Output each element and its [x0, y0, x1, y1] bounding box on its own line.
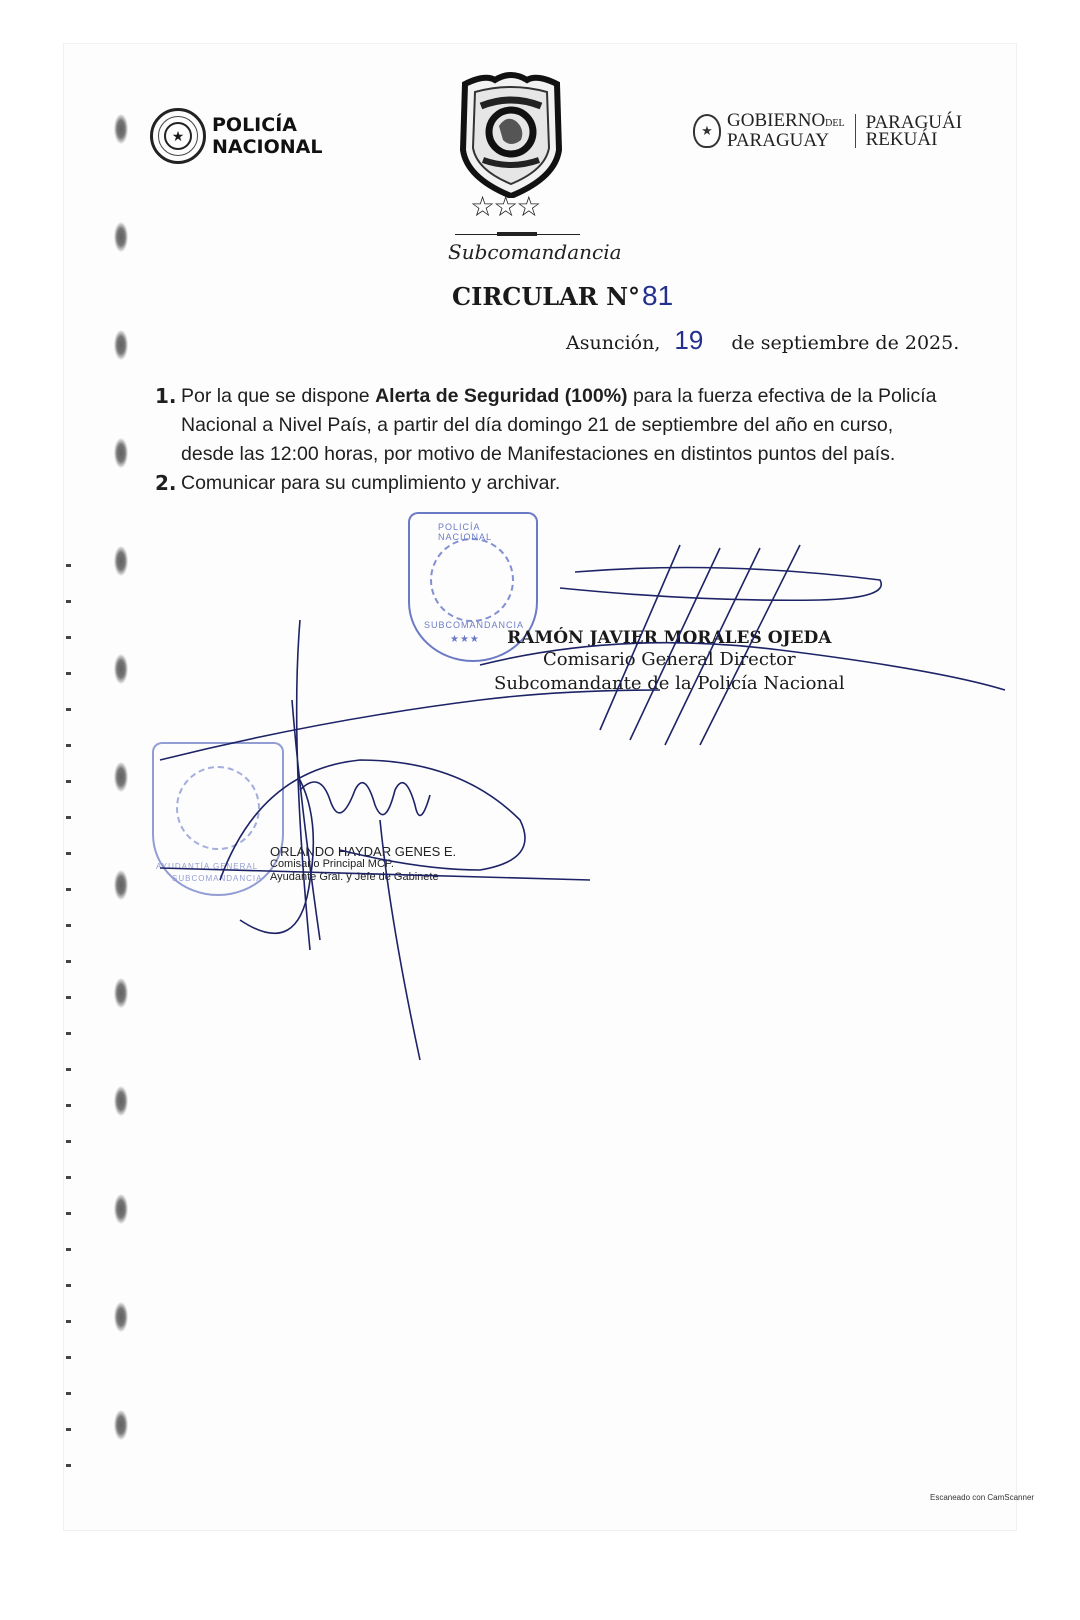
perforation-dash: [66, 888, 71, 891]
perforation-dash: [66, 1392, 71, 1395]
stamp-text-bottom1: AYUDANTÍA GENERAL: [156, 862, 258, 871]
perforation-dash: [66, 1212, 71, 1215]
list-item: 1. Por la que se dispone Alerta de Segur…: [155, 382, 945, 469]
perforation-dash: [66, 672, 71, 675]
perforation-hole: [114, 438, 128, 468]
perforation-dash: [66, 1068, 71, 1071]
perforation-dash: [66, 744, 71, 747]
signatory-role2: Subcomandante de la Policía Nacional: [494, 672, 845, 696]
perforation-dash: [66, 924, 71, 927]
perforation-dash: [66, 1104, 71, 1107]
perforation-hole: [114, 1302, 128, 1332]
date-suffix: de septiembre de 2025.: [731, 332, 959, 354]
document-title: CIRCULAR N°81: [452, 280, 673, 312]
perforation-dash: [66, 708, 71, 711]
gov-line2: PARAGUAY: [727, 132, 845, 149]
perforation-dash: [66, 1428, 71, 1431]
perforation-hole: [114, 222, 128, 252]
signatory-name: RAMÓN JAVIER MORALES OJEDA: [494, 628, 845, 648]
divider: [455, 234, 580, 235]
perforation-hole: [114, 978, 128, 1008]
perforation-dash: [66, 1356, 71, 1359]
binder-perforation-marks: [64, 44, 144, 1530]
signatory-role1: Comisario General Director: [494, 648, 845, 672]
perforation-dash: [66, 996, 71, 999]
logo-separator: [855, 114, 856, 148]
signature-block-primary: RAMÓN JAVIER MORALES OJEDA Comisario Gen…: [494, 628, 845, 696]
signature-block-secondary: ORLANDO HAYDAR GENES E. Comisario Princi…: [270, 845, 456, 884]
signatory-name: ORLANDO HAYDAR GENES E.: [270, 845, 456, 858]
scanner-watermark: Escaneado con CamScanner: [930, 1493, 1034, 1502]
rank-stars: ☆☆☆: [470, 190, 539, 223]
motto-line2: REKUÁI: [866, 131, 962, 148]
perforation-dash: [66, 1176, 71, 1179]
perforation-hole: [114, 762, 128, 792]
perforation-hole: [114, 546, 128, 576]
gov-del: DEL: [825, 118, 844, 129]
circular-number: 81: [642, 280, 673, 311]
perforation-dash: [66, 960, 71, 963]
perforation-dash: [66, 564, 71, 567]
date-line: Asunción,19de septiembre de 2025.: [566, 325, 959, 356]
perforation-dash: [66, 1320, 71, 1323]
policia-nacional-logo: ★ POLICÍA NACIONAL: [150, 108, 322, 164]
official-stamp-ayudantia: AYUDANTÍA GENERAL SUBCOMANDANCIA: [152, 742, 284, 896]
stamp-stars: ★★★: [450, 634, 480, 645]
date-prefix: Asunción,: [566, 332, 660, 354]
perforation-hole: [114, 330, 128, 360]
police-crest-icon: [455, 70, 567, 198]
item-text-before: Por la que se dispone: [181, 385, 375, 407]
perforation-hole: [114, 654, 128, 684]
item-text: Comunicar para su cumplimiento y archiva…: [181, 472, 560, 494]
item-number: 2.: [155, 469, 177, 498]
list-item: 2. Comunicar para su cumplimiento y arch…: [155, 469, 945, 498]
title-text: CIRCULAR N°: [452, 282, 640, 311]
perforation-dash: [66, 1032, 71, 1035]
national-seal-icon: ★: [150, 108, 206, 164]
item-number: 1.: [155, 382, 177, 411]
gobierno-paraguay-logo: ★ GOBIERNODEL PARAGUAY PARAGUÁI REKUÁI: [693, 112, 962, 149]
perforation-dash: [66, 1140, 71, 1143]
perforation-dash: [66, 1248, 71, 1251]
motto-line1: PARAGUÁI: [866, 114, 962, 131]
signatory-role1: Comisario Principal MCP.: [270, 858, 456, 871]
stamp-text-bottom2: SUBCOMANDANCIA: [172, 874, 262, 883]
logo-text-line2: NACIONAL: [212, 136, 322, 158]
perforation-dash: [66, 1464, 71, 1467]
perforation-hole: [114, 114, 128, 144]
perforation-dash: [66, 600, 71, 603]
perforation-dash: [66, 1284, 71, 1287]
perforation-dash: [66, 780, 71, 783]
perforation-hole: [114, 1194, 128, 1224]
logo-text-line1: POLICÍA: [212, 114, 322, 136]
perforation-hole: [114, 1086, 128, 1116]
item-text-bold: Alerta de Seguridad (100%): [375, 385, 628, 407]
subcomandancia-label: Subcomandancia: [448, 240, 622, 264]
perforation-hole: [114, 1410, 128, 1440]
perforation-dash: [66, 852, 71, 855]
perforation-dash: [66, 816, 71, 819]
date-day: 19: [674, 325, 703, 355]
perforation-hole: [114, 870, 128, 900]
government-seal-icon: ★: [693, 114, 721, 148]
gov-line1: GOBIERNO: [727, 110, 825, 131]
signatory-role2: Ayudante Gral. y Jefe de Gabinete: [270, 871, 456, 884]
document-body: 1. Por la que se dispone Alerta de Segur…: [155, 382, 945, 498]
perforation-dash: [66, 636, 71, 639]
stamp-text-top: POLICÍA NACIONAL: [438, 522, 536, 542]
